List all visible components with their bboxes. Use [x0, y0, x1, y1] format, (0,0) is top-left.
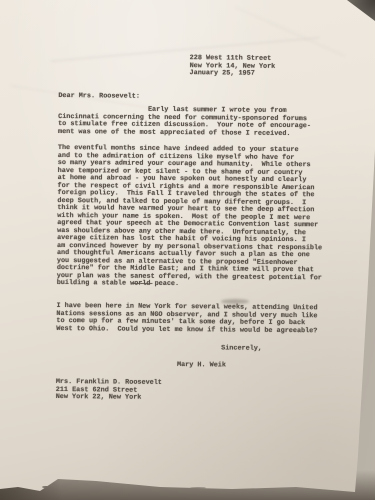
letter-paragraph: I have been here in New York for several… [56, 303, 317, 335]
letter-paragraph: Early last summer I wrote you from Cinci… [58, 106, 311, 138]
letter-text: 228 West 11th Street New York 14, New Yo… [0, 0, 375, 500]
photo-of-typewritten-letter: 228 West 11th Street New York 14, New Yo… [0, 0, 375, 500]
sender-address-and-date: 228 West 11th Street New York 14, New Yo… [190, 55, 276, 78]
closing: Sincerely, [221, 345, 262, 353]
salutation: Dear Mrs. Roosevelt: [58, 93, 140, 101]
recipient-address: Mrs. Franklin D. Roosevelt 211 East 62nd… [56, 379, 162, 402]
signature: Mary H. Weik [177, 362, 226, 370]
letter-paragraph: The eventful months since have indeed ad… [57, 145, 323, 290]
